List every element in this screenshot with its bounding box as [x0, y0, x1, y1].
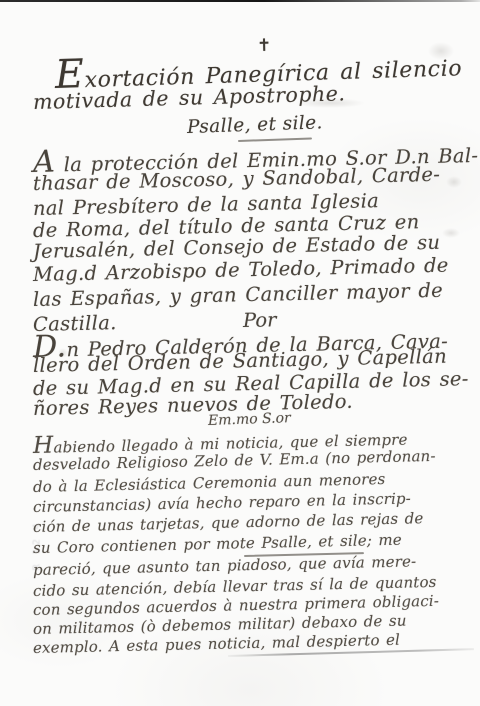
ink-smudge	[442, 228, 460, 238]
ink-smudge	[295, 98, 365, 108]
scan-edge-line	[0, 0, 480, 2]
margin-shelfmark: R 12 4	[32, 481, 43, 611]
manuscript-page: ✝ Exortación Panegírica al silencio moti…	[0, 0, 480, 706]
ink-smudge	[446, 176, 462, 188]
motto-line: Psalle, et sile.	[187, 112, 323, 138]
ink-smudge	[58, 348, 68, 358]
ink-smudge	[428, 42, 454, 60]
